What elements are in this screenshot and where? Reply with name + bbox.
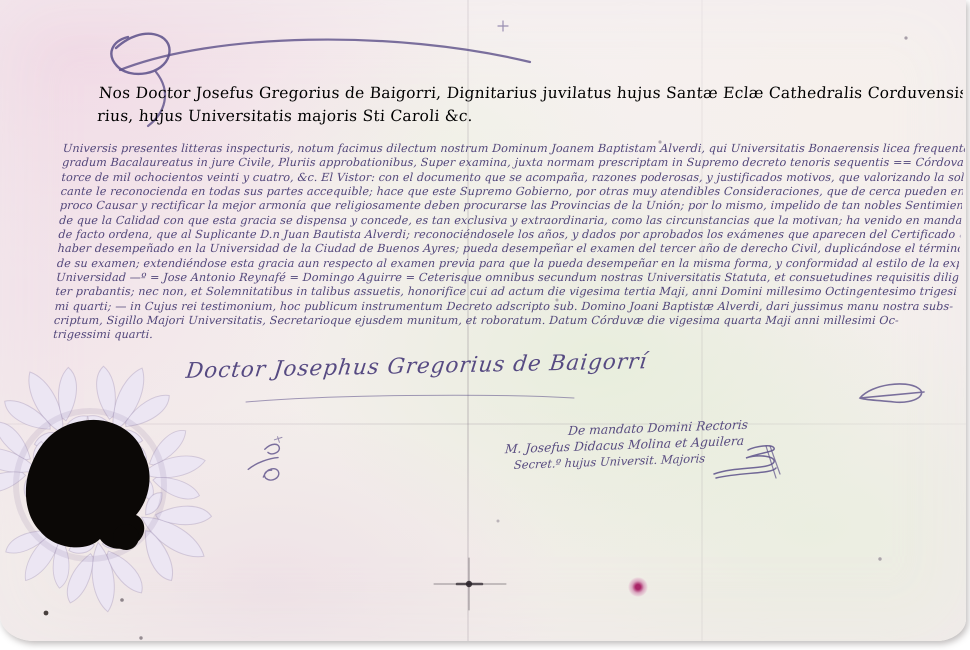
document-heading: Nos Doctor Josefus Gregorius de Baigorri… [96,82,963,128]
body-line-text: de su examen; extendiéndose esta gracia … [57,257,960,270]
document-scan: Nos Doctor Josefus Gregorius de Baigorri… [0,0,970,650]
body-line: „ cante le reconocienda en todas sus par… [60,185,963,199]
body-line: torce de mil ochocientos veinti y cuatro… [61,171,964,185]
body-line: gradum Bacalaureatus in jure Civile, Plu… [62,156,965,170]
marginal-scribble-icon [226,433,304,499]
body-line-text: cante le reconocienda en todas sus parte… [60,185,963,198]
body-line-text: haber desempeñado en la Universidad de l… [57,242,960,255]
body-line-text: criptum, Sigillo Majori Universitatis, S… [54,314,900,327]
body-line: „ haber desempeñado en la Universidad de… [57,242,960,256]
body-line-text: ter prabantis; nec non, et Solemnitatibu… [55,285,958,298]
body-line: „ de su examen; extendiéndose esta graci… [56,257,959,271]
body-line: criptum, Sigillo Majori Universitatis, S… [53,314,956,328]
body-line: mi quarti; — in Cujus rei testimonium, h… [54,300,957,314]
body-line: „ de facto ordena, que al Suplicante D.n… [58,228,961,242]
pink-ink-blot [628,577,648,597]
heading-line-2: rius, hujus Universitatis majoris Sti Ca… [96,105,962,128]
signature-rubric-icon [858,378,928,412]
seal-area [0,335,235,635]
body-line-text: gradum Bacalaureatus in jure Civile, Plu… [62,156,965,169]
fold-cross-mark [432,556,508,612]
body-line-text: de facto ordena, que al Suplicante D.n J… [58,228,961,241]
body-line: „ proco Causar y rectificar la mejor arm… [60,199,963,213]
body-line-text: Universis presentes litteras inspecturis… [63,142,966,155]
heading-line-1: Nos Doctor Josefus Gregorius de Baigorri… [98,82,964,105]
parchment-sheet: Nos Doctor Josefus Gregorius de Baigorri… [0,0,966,641]
body-line-text: mi quarti; — in Cujus rei testimonium, h… [54,300,953,313]
body-line-text: Universidad —º = Jose Antonio Reynafé = … [56,271,959,284]
body-line-text: de que la Calidad con que esta gracia se… [59,214,962,227]
secretary-rubric-icon [712,444,780,484]
signature-underline [246,392,576,410]
body-line: „ Universidad —º = Jose Antonio Reynafé … [56,271,959,285]
body-line: ter prabantis; nec non, et Solemnitatibu… [55,285,958,299]
rector-signature: Doctor Josephus Gregorius de Baigorrí [185,349,649,384]
body-lines: Universis presentes litteras inspecturis… [53,142,966,343]
body-line: Universis presentes litteras inspecturis… [63,142,966,156]
ink-specks [0,0,2,2]
body-line-text: proco Causar y rectificar la mejor armon… [60,199,963,212]
body-line: „ de que la Calidad con que esta gracia … [59,214,962,228]
body-line-text: torce de mil ochocientos veinti y cuatro… [61,171,964,184]
